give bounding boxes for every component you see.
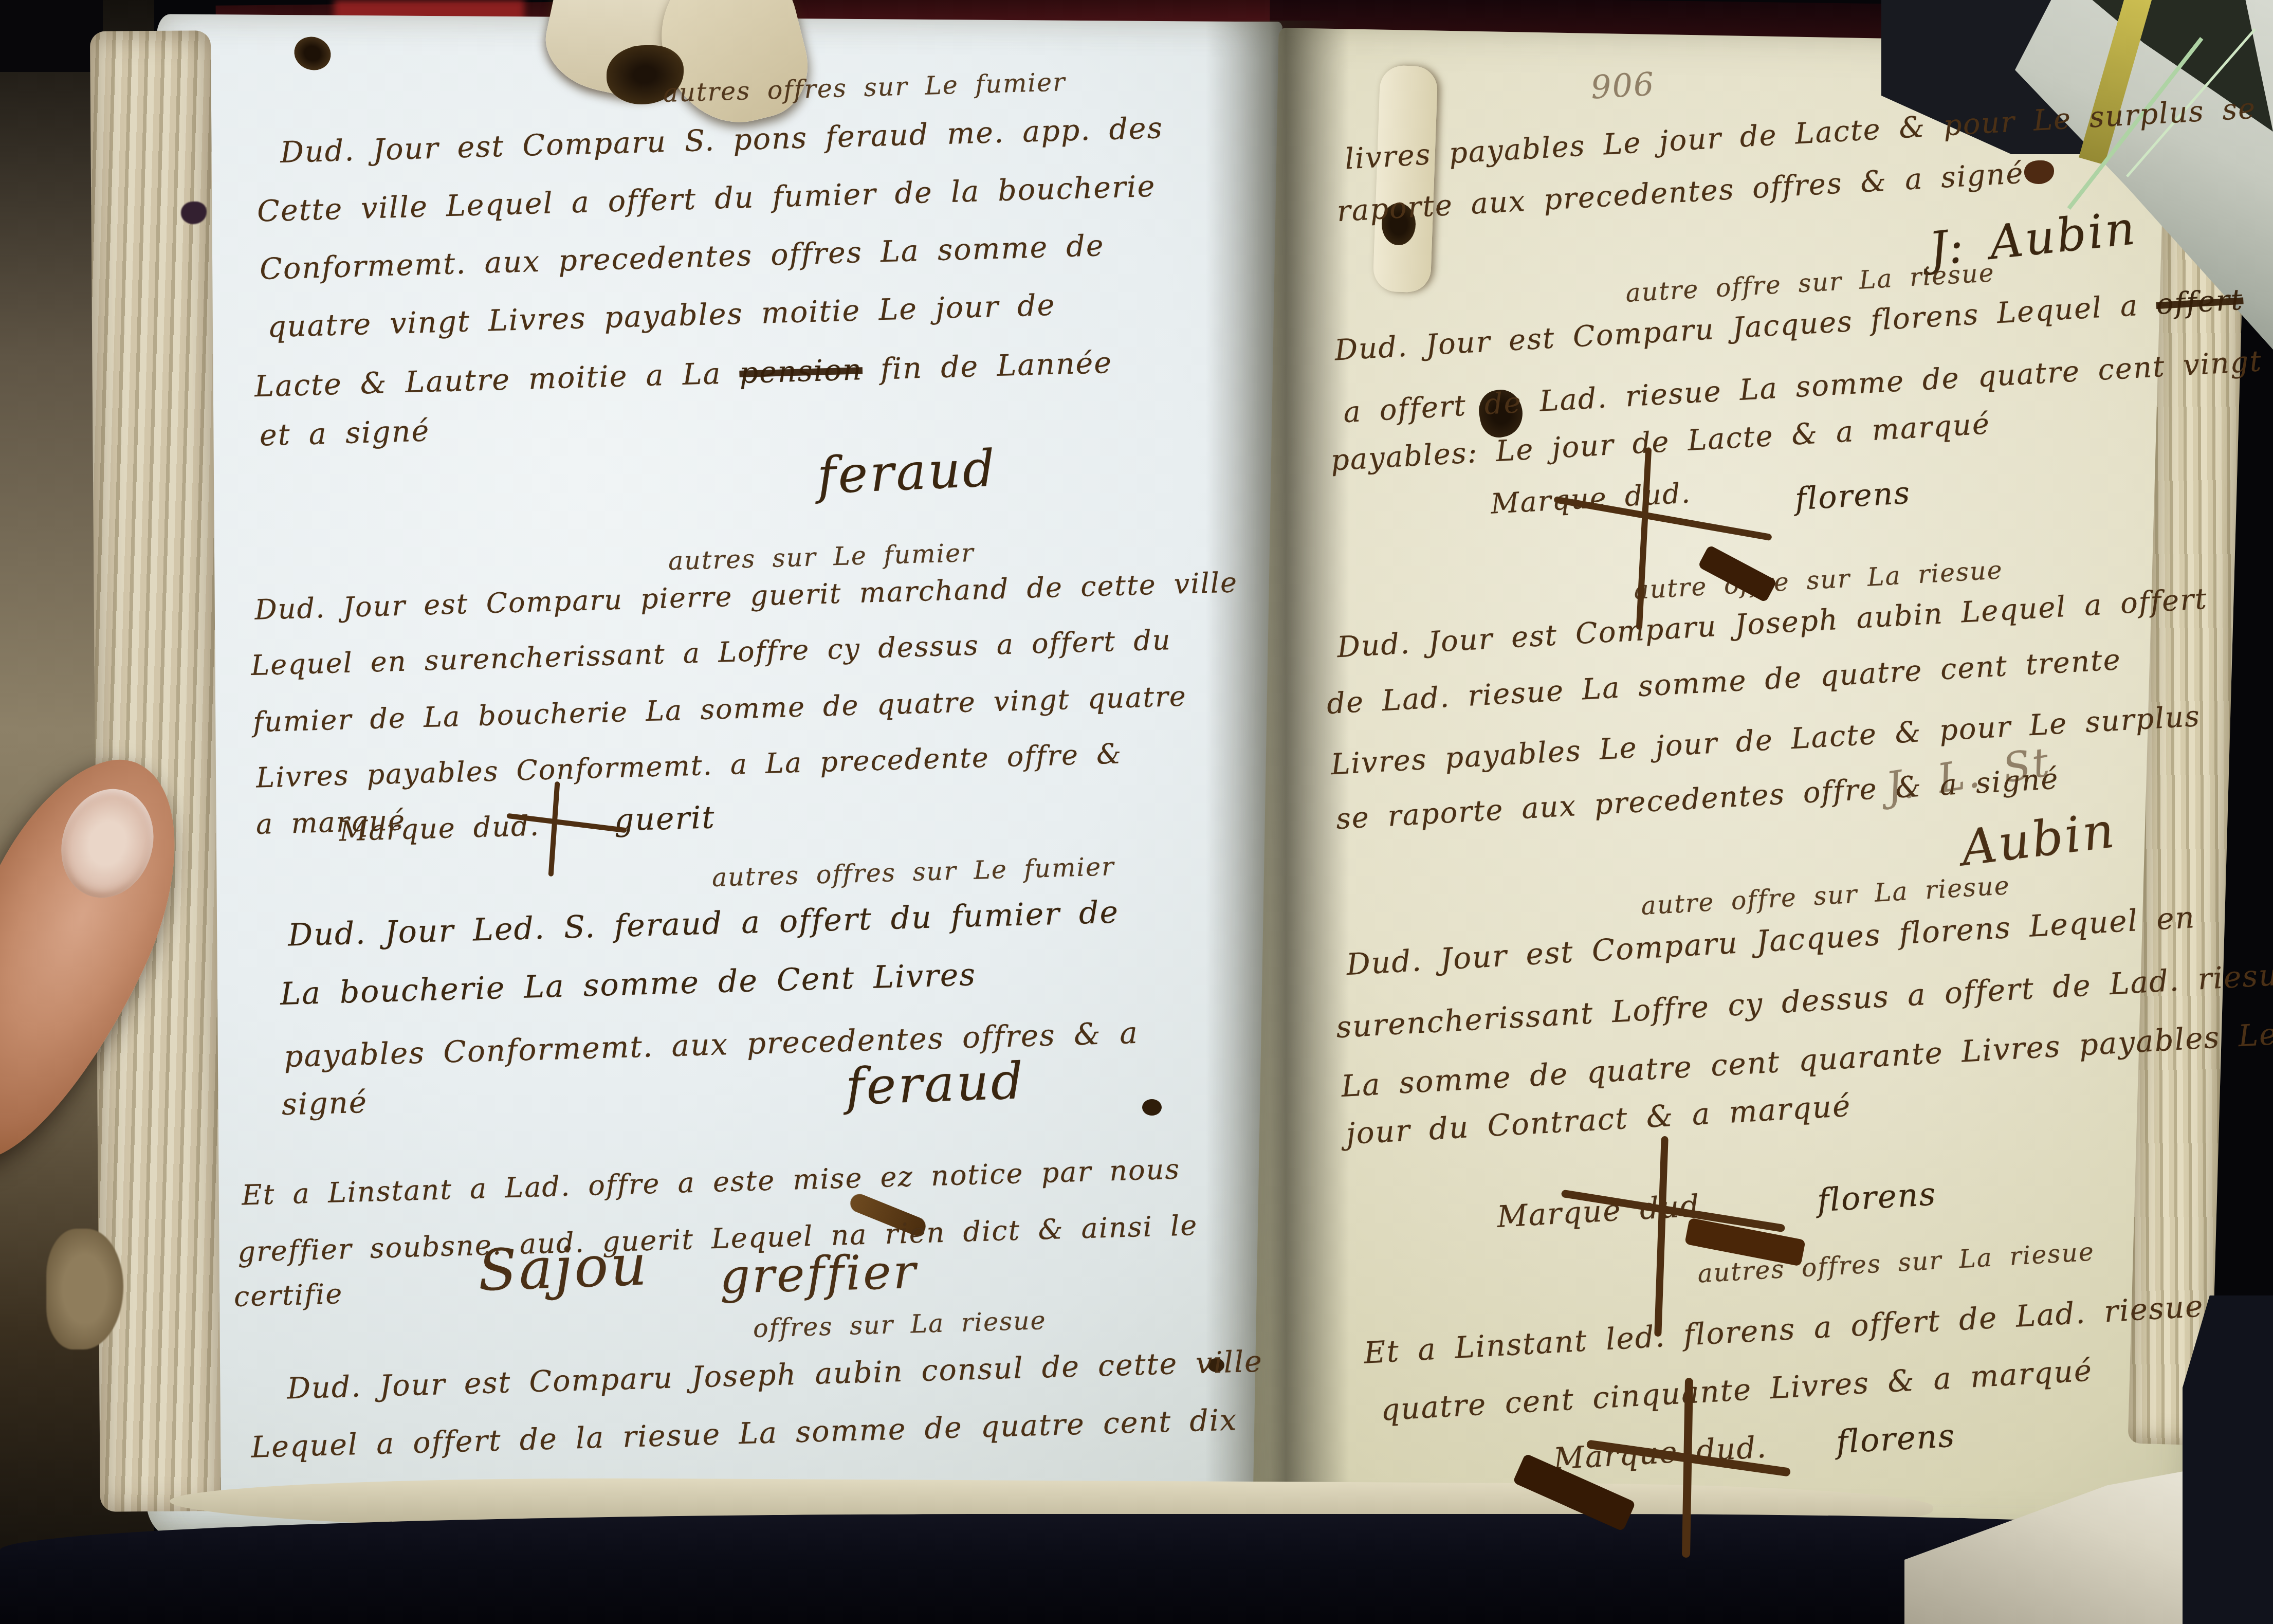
signature-sajou: Sajou <box>477 1232 650 1304</box>
manuscript-line: certifie <box>233 1278 343 1313</box>
page-gutter-shadow <box>1205 21 1349 1553</box>
thumb-nail <box>47 777 167 910</box>
signature-feraud-1: feraud <box>816 439 998 505</box>
cross-mark-florens-2 <box>1560 1136 1838 1352</box>
struck-word: offert <box>2155 283 2244 321</box>
struck-word: pension <box>739 353 863 390</box>
right-page-tear-strip <box>1372 65 1438 293</box>
manuscript-line: signé <box>281 1085 368 1122</box>
line-text: fin de Lannée <box>862 346 1113 387</box>
bottom-right-dark-wedge <box>2183 1295 2273 1624</box>
signature-sajou-title: greffier <box>719 1244 919 1304</box>
mark-name-florens-3: florens <box>1835 1417 1956 1461</box>
cross-mark-guerit <box>506 781 671 884</box>
photo-open-manuscript-book: autres offres sur Le fumier Dud. Jour es… <box>0 0 2273 1624</box>
manuscript-line: et a signé <box>259 414 430 452</box>
signature-feraud-2: feraud <box>845 1052 1026 1117</box>
ink-spot-gutter <box>1142 1099 1162 1116</box>
cross-mark-florens-1 <box>1552 447 1820 643</box>
page-corner-number: 906 <box>1590 65 1656 106</box>
cross-mark-florens-3 <box>1573 1378 1840 1594</box>
background-top-left-corner <box>0 0 103 72</box>
